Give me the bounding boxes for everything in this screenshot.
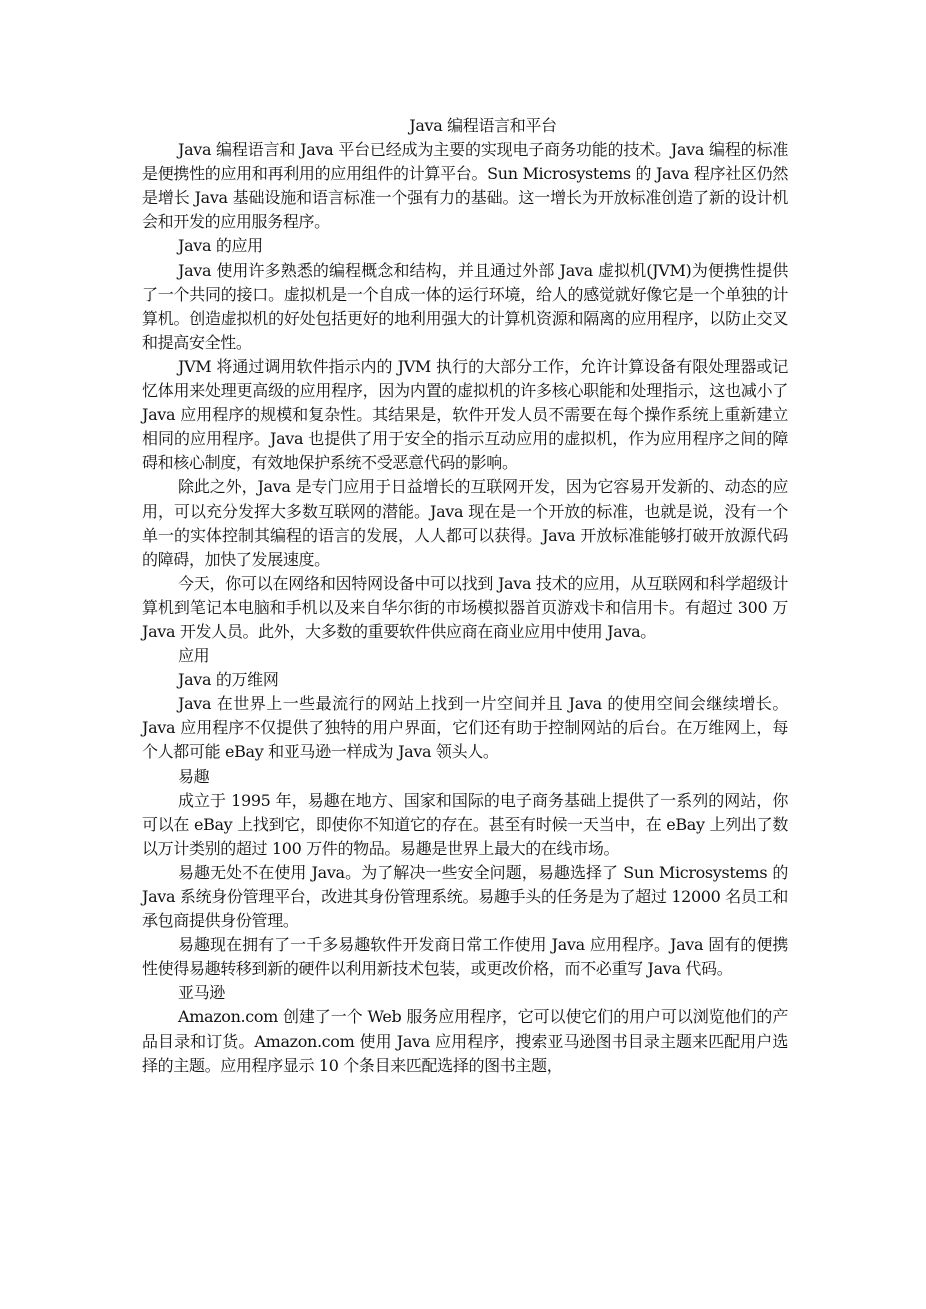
- paragraph-internet-development: 除此之外，Java 是专门应用于日益增长的互联网开发，因为它容易开发新的、动态的…: [142, 475, 788, 571]
- paragraph-java-web: Java 在世界上一些最流行的网站上找到一片空间并且 Java 的使用空间会继续…: [142, 692, 788, 764]
- paragraph-jvm-work: JVM 将通过调用软件指示内的 JVM 执行的大部分工作，允许计算设备有限处理器…: [142, 355, 788, 475]
- paragraph-intro: Java 编程语言和 Java 平台已经成为主要的实现电子商务功能的技术。Jav…: [142, 138, 788, 234]
- paragraph-amazon: Amazon.com 创建了一个 Web 服务应用程序，它可以使它们的用户可以浏…: [142, 1005, 788, 1077]
- paragraph-ebay-security: 易趣无处不在使用 Java。为了解决一些安全问题，易趣选择了 Sun Micro…: [142, 861, 788, 933]
- paragraph-jvm-concepts: Java 使用许多熟悉的编程概念和结构，并且通过外部 Java 虚拟机(JVM)…: [142, 259, 788, 355]
- document-title: Java 编程语言和平台: [142, 114, 788, 138]
- section-heading-java-applications: Java 的应用: [142, 234, 788, 258]
- section-heading-applications: 应用: [142, 644, 788, 668]
- paragraph-ebay-founded: 成立于 1995 年，易趣在地方、国家和国际的电子商务基础上提供了一系列的网站，…: [142, 789, 788, 861]
- paragraph-ebay-developers: 易趣现在拥有了一千多易趣软件开发商日常工作使用 Java 应用程序。Java 固…: [142, 933, 788, 981]
- section-heading-amazon: 亚马逊: [142, 981, 788, 1005]
- section-heading-ebay: 易趣: [142, 765, 788, 789]
- document-page: Java 编程语言和平台 Java 编程语言和 Java 平台已经成为主要的实现…: [142, 114, 788, 1078]
- section-heading-java-web: Java 的万维网: [142, 668, 788, 692]
- paragraph-today: 今天，你可以在网络和因特网设备中可以找到 Java 技术的应用，从互联网和科学超…: [142, 572, 788, 644]
